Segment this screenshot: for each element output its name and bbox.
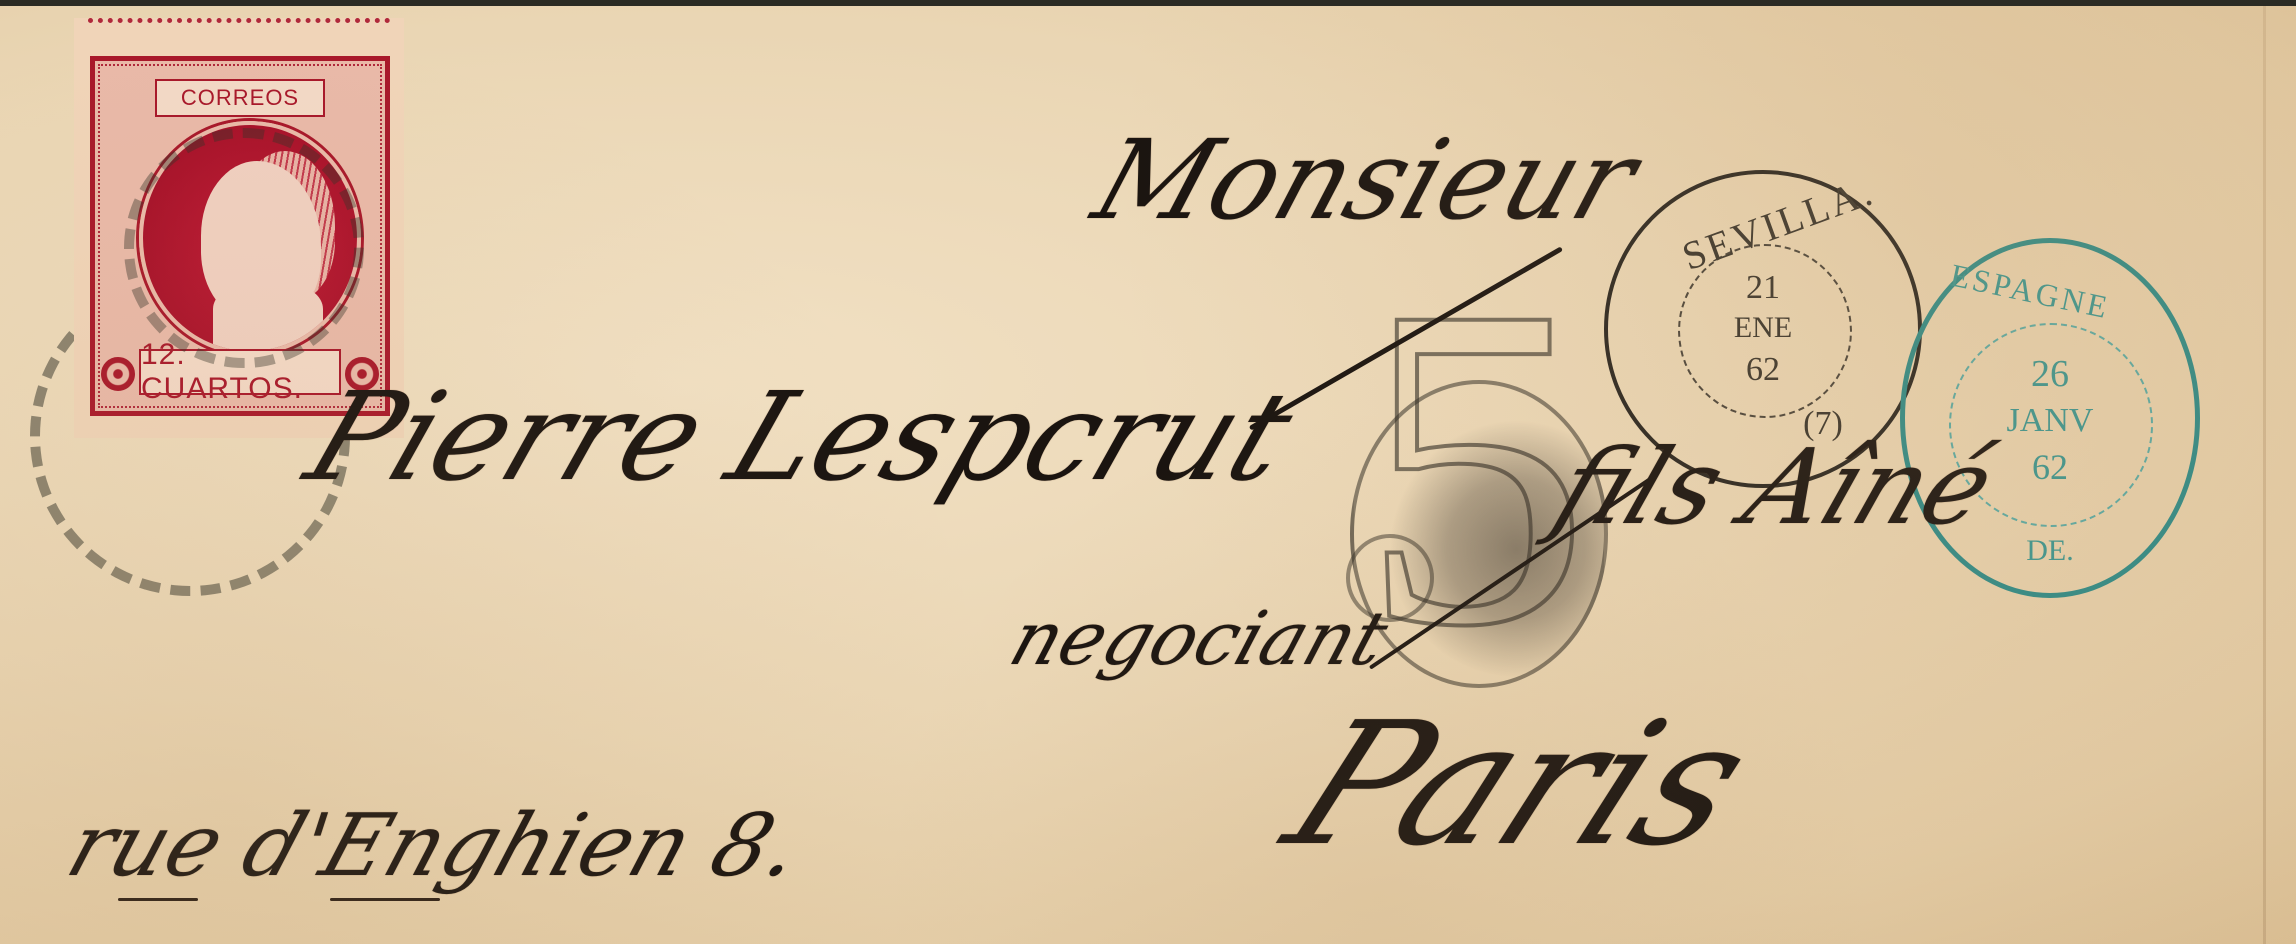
postmark-route: ESPAGNE xyxy=(1947,257,2113,327)
envelope-fold-edge xyxy=(2263,6,2266,944)
salutation: Monsieur xyxy=(1080,116,1651,244)
rosette-icon xyxy=(101,357,135,391)
street-address: rue d'Enghien 8. xyxy=(56,796,814,896)
stamp-cancel-mark xyxy=(124,128,364,368)
postmark-year: 62 xyxy=(1608,352,1918,388)
street-underline xyxy=(330,898,440,901)
stamp-header: CORREOS xyxy=(155,79,325,117)
recipient-name: Pierre Lespcrut xyxy=(290,366,1311,508)
street-underline xyxy=(118,898,198,901)
recipient-occupation: negociant xyxy=(1000,596,1398,682)
postmark-day: 26 xyxy=(1905,355,2195,395)
postmark-day: 21 xyxy=(1608,270,1918,306)
destination-city: Paris xyxy=(1260,686,1779,884)
stamp-perforation-border xyxy=(88,18,390,33)
postmark-month: ENE xyxy=(1608,312,1918,344)
envelope: CORREOS 12. CUARTOS. 5 SEVILLA. 21 ENE 6… xyxy=(0,6,2296,944)
recipient-firm-suffix: fils Aîné xyxy=(1540,426,2010,548)
